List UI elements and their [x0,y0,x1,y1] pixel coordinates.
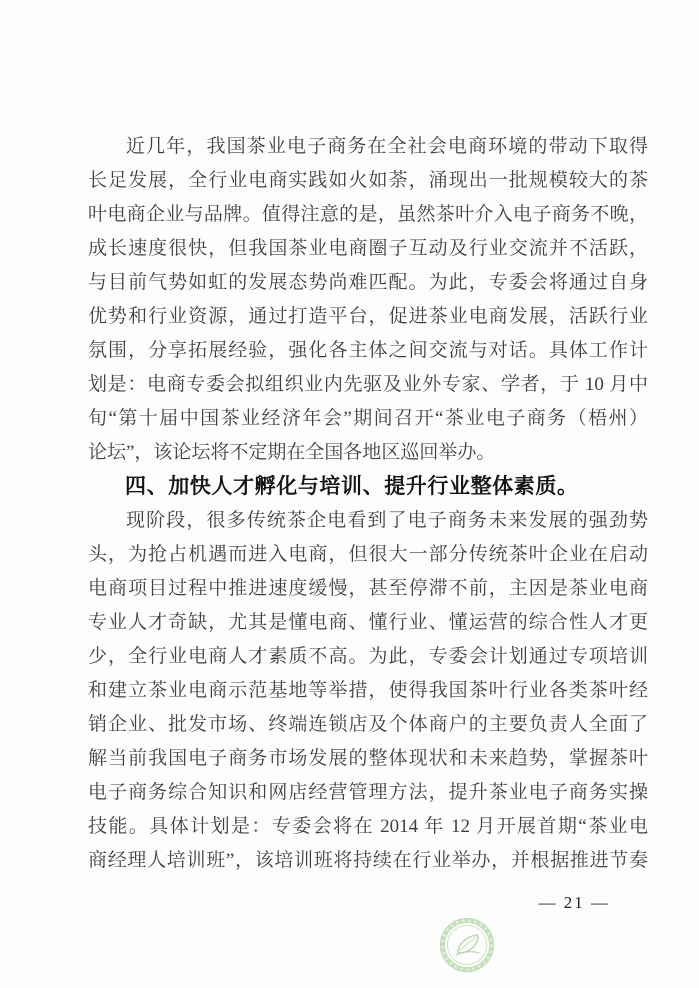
section-heading: 四、加快人才孵化与培训、提升行业整体素质。 [88,470,648,504]
text-line: 近几年，我国茶业电子商务在全社会电商环境的带动下取得 [88,130,648,164]
text-line: 解当前我国电子商务市场发展的整体现状和未来趋势，掌握茶叶 [88,742,648,776]
text-line: 氛围，分享拓展经验，强化各主体之间交流与对话。具体工作计 [88,334,648,368]
leaf-icon [439,917,495,973]
text-line: 长足发展，全行业电商实践如火如荼，涌现出一批规模较大的茶 [88,164,648,198]
text-line: 商经理人培训班”，该培训班将持续在行业举办，并根据推进节奏 [88,844,648,878]
text-line: 少，全行业电商人才素质不高。为此，专委会计划通过专项培训 [88,640,648,674]
page-number: — 21 — [88,893,610,913]
text-line: 现阶段，很多传统茶企电看到了电子商务未来发展的强劲势 [88,504,648,538]
text-line: 头，为抢占机遇而进入电商，但很大一部分传统茶叶企业在启动 [88,538,648,572]
text-line: 专业人才奇缺，尤其是懂电商、懂行业、懂运营的综合性人才更 [88,606,648,640]
text-line: 销企业、批发市场、终端连锁店及个体商户的主要负责人全面了 [88,708,648,742]
text-line: 电子商务综合知识和网店经营管理方法，提升茶业电子商务实操 [88,776,648,810]
text-line: 论坛”，该论坛将不定期在全国各地区巡回举办。 [88,436,648,470]
document-body: 近几年，我国茶业电子商务在全社会电商环境的带动下取得长足发展，全行业电商实践如火… [88,130,648,878]
text-line: 和建立茶业电商示范基地等举措，使得我国茶叶行业各类茶叶经 [88,674,648,708]
text-line: 划是：电商专委会拟组织业内先驱及业外专家、学者，于 10 月中 [88,368,648,402]
text-line: 旬“第十届中国茶业经济年会”期间召开“茶业电子商务（梧州） [88,402,648,436]
text-line: 技能。具体计划是：专委会将在 2014 年 12 月开展首期“茶业电 [88,810,648,844]
text-line: 成长速度很快，但我国茶业电商圈子互动及行业交流并不活跃， [88,232,648,266]
text-line: 与目前气势如虹的发展态势尚难匹配。为此，专委会将通过自身 [88,266,648,300]
scanned-document-page: 近几年，我国茶业电子商务在全社会电商环境的带动下取得长足发展，全行业电商实践如火… [0,0,699,988]
text-line: 叶电商企业与品牌。值得注意的是，虽然茶叶介入电子商务不晚， [88,198,648,232]
leaf-seal-watermark [439,917,495,973]
text-line: 电商项目过程中推进速度缓慢，甚至停滞不前，主因是茶业电商 [88,572,648,606]
text-line: 优势和行业资源，通过打造平台，促进茶业电商发展，活跃行业 [88,300,648,334]
